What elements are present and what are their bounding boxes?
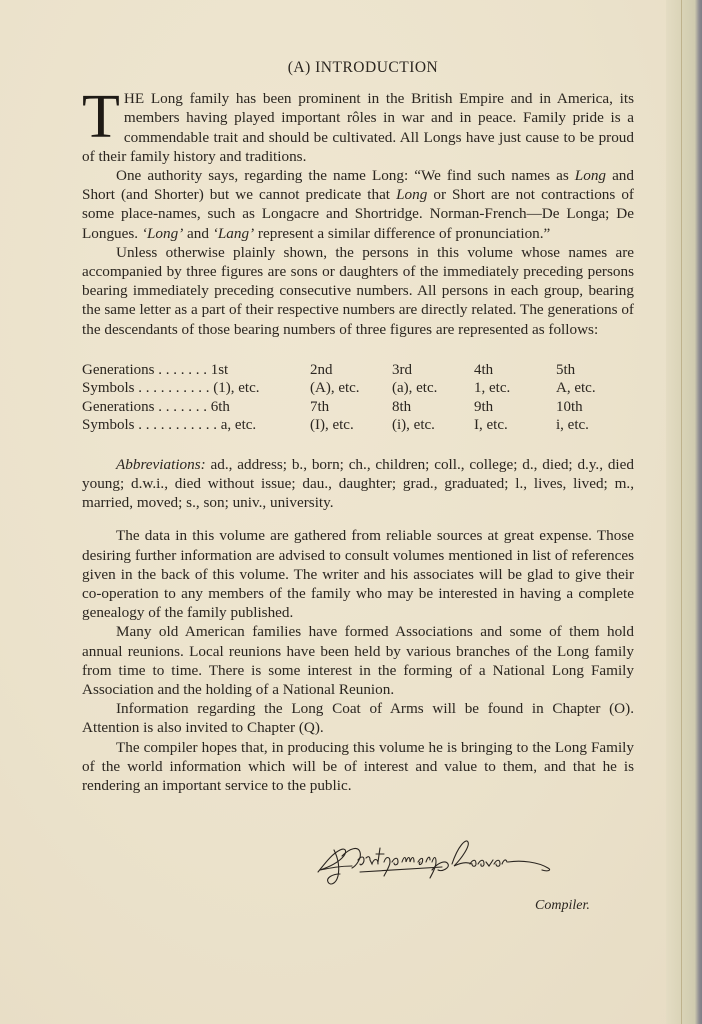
table-cell: 3rd [392,361,474,380]
table-cell: 9th [474,398,556,417]
drop-cap: T [82,91,120,143]
table-cell: I, etc. [474,416,556,435]
table-cell: 5th [556,361,596,380]
table-cell: A, etc. [556,379,596,398]
text-span: represent a similar difference of pronun… [254,225,550,242]
table-cell: (a), etc. [392,379,474,398]
table-cell: 10th [556,398,596,417]
abbreviations-heading: Abbreviations: [116,456,206,473]
table-row: Symbols . . . . . . . . . . (1), etc. (A… [82,379,596,398]
table-cell: 1, etc. [474,379,556,398]
italic-term: Long [396,186,427,203]
data-sources-paragraph: The data in this volume are gathered fro… [82,526,634,622]
abbreviations-paragraph: Abbreviations: ad., address; b., born; c… [82,455,634,513]
text-span: One authority says, regarding the name L… [116,167,575,184]
table-row: Generations . . . . . . . 1st 2nd 3rd 4t… [82,361,596,380]
table-cell: (A), etc. [310,379,392,398]
table-cell: 7th [310,398,392,417]
chapter-title: (A) INTRODUCTION [82,58,634,77]
row-label: Generations . . . . . . . 6th [82,398,310,417]
associations-paragraph: Many old American families have formed A… [82,622,634,699]
intro-text: HE Long family has been prominent in the… [82,90,634,165]
name-origin-paragraph: One authority says, regarding the name L… [82,166,634,243]
text-span: and [183,225,213,242]
italic-term: ‘Lang’ [213,225,254,242]
italic-term: ‘Long’ [142,225,183,242]
handwritten-signature [312,836,572,896]
table-cell: 8th [392,398,474,417]
coat-of-arms-paragraph: Information regarding the Long Coat of A… [82,699,634,737]
table-cell: i, etc. [556,416,596,435]
compiler-hopes-paragraph: The compiler hopes that, in producing th… [82,738,634,796]
table-row: Generations . . . . . . . 6th 7th 8th 9t… [82,398,596,417]
page-fold-line [681,0,682,1024]
page-content: (A) INTRODUCTION THE Long family has bee… [82,58,634,795]
row-label: Generations . . . . . . . 1st [82,361,310,380]
signature-icon [312,836,572,896]
book-page: (A) INTRODUCTION THE Long family has bee… [0,0,702,1024]
table-cell: 2nd [310,361,392,380]
generations-table: Generations . . . . . . . 1st 2nd 3rd 4t… [82,361,596,435]
compiler-label: Compiler. [535,898,590,914]
intro-paragraph: THE Long family has been prominent in th… [82,89,634,166]
italic-term: Long [575,167,606,184]
row-label: Symbols . . . . . . . . . . (1), etc. [82,379,310,398]
book-spine [666,0,702,1024]
row-label: Symbols . . . . . . . . . . . a, etc. [82,416,310,435]
numbering-paragraph: Unless otherwise plainly shown, the pers… [82,243,634,339]
table-cell: (I), etc. [310,416,392,435]
table-row: Symbols . . . . . . . . . . . a, etc. (I… [82,416,596,435]
table-cell: (i), etc. [392,416,474,435]
table-cell: 4th [474,361,556,380]
